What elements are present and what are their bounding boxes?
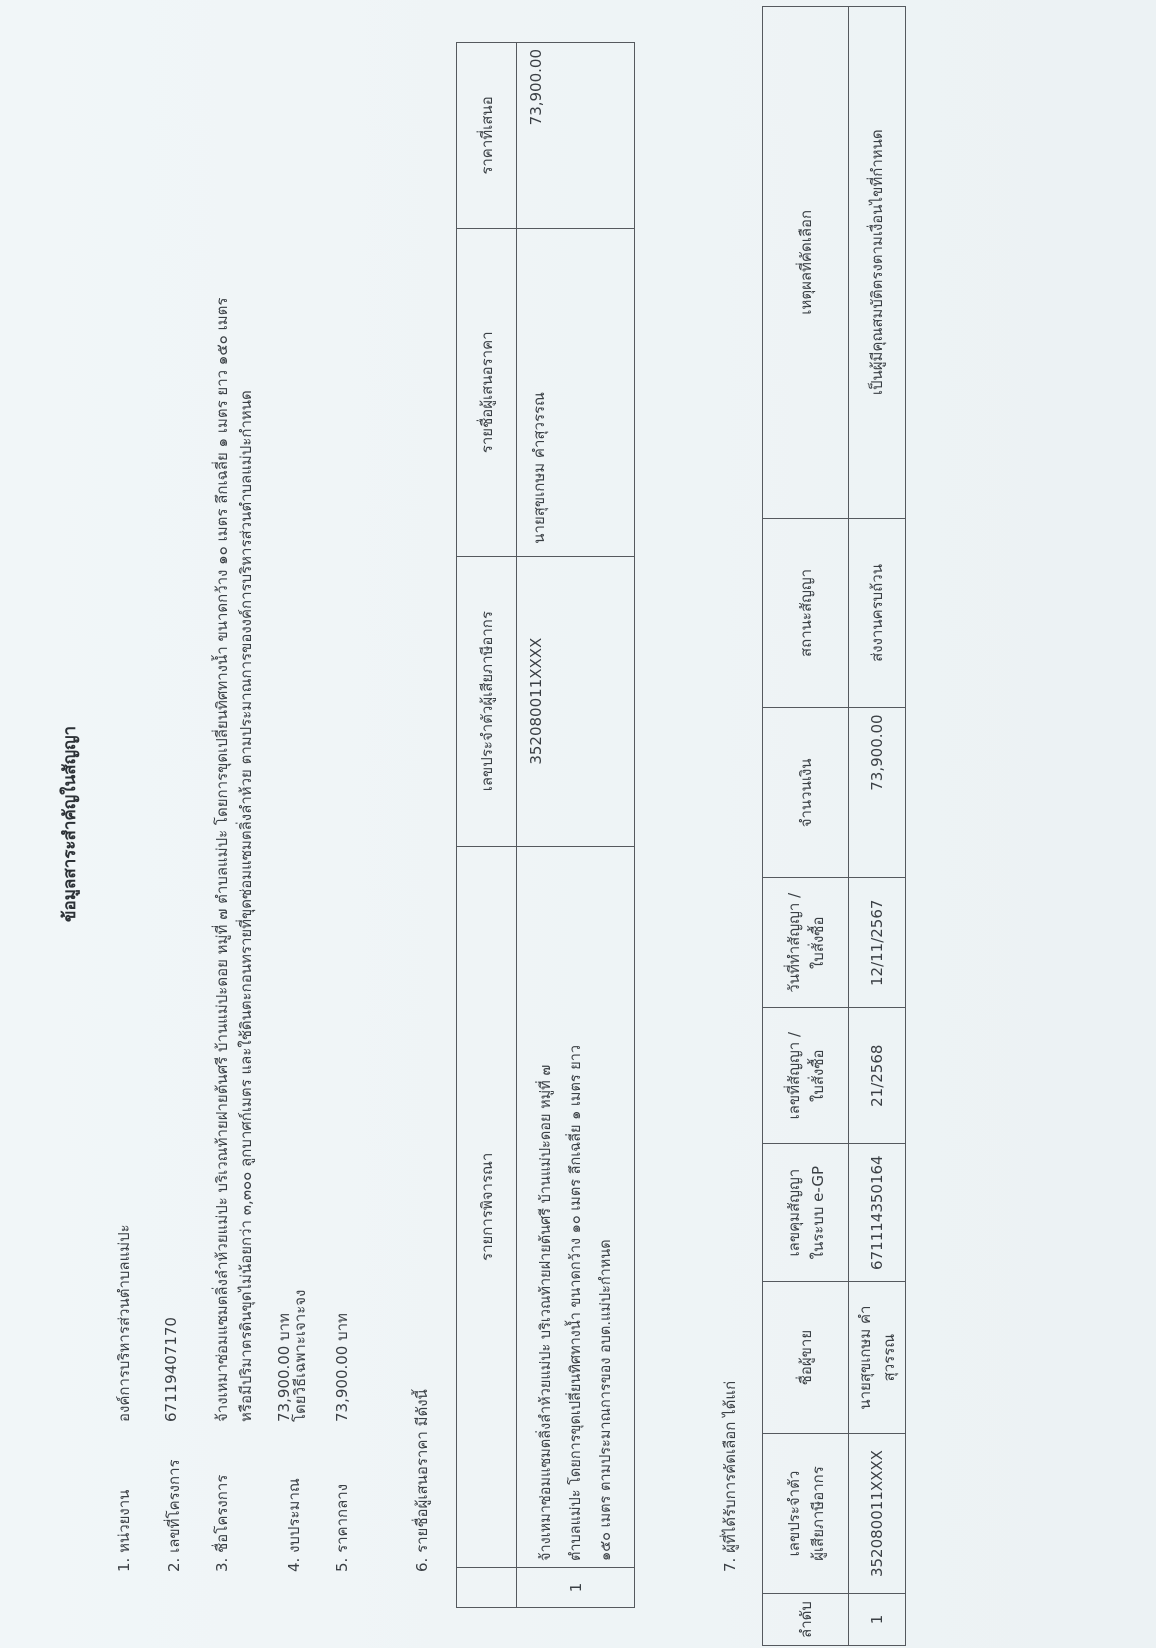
row-bidder-name: นายสุขเกษม คำสุวรรณ xyxy=(517,228,635,556)
field-label: 2. เลขที่โครงการ xyxy=(162,1459,186,1572)
field-value-continued: หรือมีปริมาตรดินขุดไม่น้อยกว่า ๓,๓๐๐ ลูก… xyxy=(234,390,258,1422)
row-contract-date: 12/11/2567 xyxy=(849,878,906,1008)
item-line: จ้างเหมาซ่อมแซมตลิ่งลำห้วยแม่ปะ บริเวณท้… xyxy=(531,853,561,1561)
field-value: 73,900.00 บาท xyxy=(330,1313,354,1422)
header-text: เหตุผลที่คัดเลือก xyxy=(794,13,818,512)
header-bidder-name: รายชื่อผู้เสนอราคา xyxy=(457,228,517,556)
row-price: 73,900.00 xyxy=(517,43,635,229)
header-status: สถานะสัญญา xyxy=(763,518,849,708)
header-no xyxy=(457,1568,517,1608)
row-tax-id: 352080011XXXX xyxy=(517,556,635,846)
header-text: ใบสั่งซื้อ xyxy=(806,1014,830,1137)
row-seller: นายสุขเกษม คำสุวรรณ xyxy=(849,1282,906,1434)
item-line: ตำบลแม่ปะ โดยการขุดเปลี่ยนทิศทางน้ำ ขนาด… xyxy=(561,853,591,1561)
winners-header-row: ลำดับ เลขประจำตัวผู้เสียภาษีอากร ชื่อผู้… xyxy=(763,7,849,1646)
header-text: ลำดับ xyxy=(794,1600,818,1639)
header-text: วันที่ทำสัญญา / xyxy=(782,884,806,1001)
field-value-method: โดยวิธีเฉพาะเจาะจง xyxy=(288,1290,312,1422)
field-label: 4. งบประมาณ xyxy=(282,1478,306,1572)
bidders-table: รายการพิจารณา เลขประจำตัวผู้เสียภาษีอากร… xyxy=(456,42,635,1608)
header-price: ราคาที่เสนอ xyxy=(457,43,517,229)
header-reason: เหตุผลที่คัดเลือก xyxy=(763,7,849,519)
row-egp-no: 671114350164 xyxy=(849,1144,906,1282)
row-no: 1 xyxy=(849,1594,906,1646)
field-value: 67119407170 xyxy=(162,1317,180,1422)
header-text: ชื่อผู้ขาย xyxy=(794,1288,818,1427)
document-title: ข้อมูลสาระสำคัญในสัญญา xyxy=(56,0,83,1648)
row-no: 1 xyxy=(517,1568,635,1608)
row-amount: 73,900.00 xyxy=(849,708,906,878)
bidders-header-row: รายการพิจารณา เลขประจำตัวผู้เสียภาษีอากร… xyxy=(457,43,517,1608)
header-egp-no: เลขคุมสัญญาในระบบ e-GP xyxy=(763,1144,849,1282)
header-text: ในระบบ e-GP xyxy=(806,1150,830,1275)
winners-section-title: 7. ผู้ที่ได้รับการคัดเลือก ได้แก่ xyxy=(718,1381,742,1572)
document-page: ข้อมูลสาระสำคัญในสัญญา 1. หน่วยงาน องค์ก… xyxy=(0,0,1156,1648)
row-status: ส่งงานครบถ้วน xyxy=(849,518,906,708)
field-label: 5. ราคากลาง xyxy=(330,1484,354,1572)
header-text: เลขคุมสัญญา xyxy=(782,1150,806,1275)
header-contract-date: วันที่ทำสัญญา /ใบสั่งซื้อ xyxy=(763,878,849,1008)
header-text: ผู้เสียภาษีอากร xyxy=(806,1440,830,1587)
field-label: 3. ชื่อโครงการ xyxy=(210,1475,234,1572)
header-no: ลำดับ xyxy=(763,1594,849,1646)
row-tax-id: 352080011XXXX xyxy=(849,1434,906,1594)
row-reason: เป็นผู้มีคุณสมบัติตรงตามเงื่อนไขที่กำหนด xyxy=(849,7,906,519)
header-seller: ชื่อผู้ขาย xyxy=(763,1282,849,1434)
winners-table: ลำดับ เลขประจำตัวผู้เสียภาษีอากร ชื่อผู้… xyxy=(762,6,906,1646)
bidders-section-title: 6. รายชื่อผู้เสนอราคา มีดังนี้ xyxy=(410,1389,434,1572)
field-value: องค์การบริหารส่วนตำบลแม่ปะ xyxy=(112,1224,136,1422)
row-contract-no: 21/2568 xyxy=(849,1008,906,1144)
header-contract-no: เลขที่สัญญา /ใบสั่งซื้อ xyxy=(763,1008,849,1144)
header-item: รายการพิจารณา xyxy=(457,846,517,1567)
header-text: ใบสั่งซื้อ xyxy=(806,884,830,1001)
header-tax-id: เลขประจำตัวผู้เสียภาษีอากร xyxy=(457,556,517,846)
field-value: จ้างเหมาซ่อมแซมตลิ่งลำห้วยแม่ปะ บริเวณท้… xyxy=(210,298,234,1422)
field-label: 1. หน่วยงาน xyxy=(112,1490,136,1572)
header-text: เลขที่สัญญา / xyxy=(782,1014,806,1137)
table-row: 1 จ้างเหมาซ่อมแซมตลิ่งลำห้วยแม่ปะ บริเวณ… xyxy=(517,43,635,1608)
header-text: สถานะสัญญา xyxy=(794,525,818,702)
table-row: 1 352080011XXXX นายสุขเกษม คำสุวรรณ 6711… xyxy=(849,7,906,1646)
header-text: จำนวนเงิน xyxy=(794,714,818,871)
header-amount: จำนวนเงิน xyxy=(763,708,849,878)
row-item: จ้างเหมาซ่อมแซมตลิ่งลำห้วยแม่ปะ บริเวณท้… xyxy=(517,846,635,1567)
header-tax-id: เลขประจำตัวผู้เสียภาษีอากร xyxy=(763,1434,849,1594)
item-line: ๑๕๐ เมตร ตามประมาณการของ อบต.แม่ปะกำหนด xyxy=(591,853,621,1561)
header-text: เลขประจำตัว xyxy=(782,1440,806,1587)
